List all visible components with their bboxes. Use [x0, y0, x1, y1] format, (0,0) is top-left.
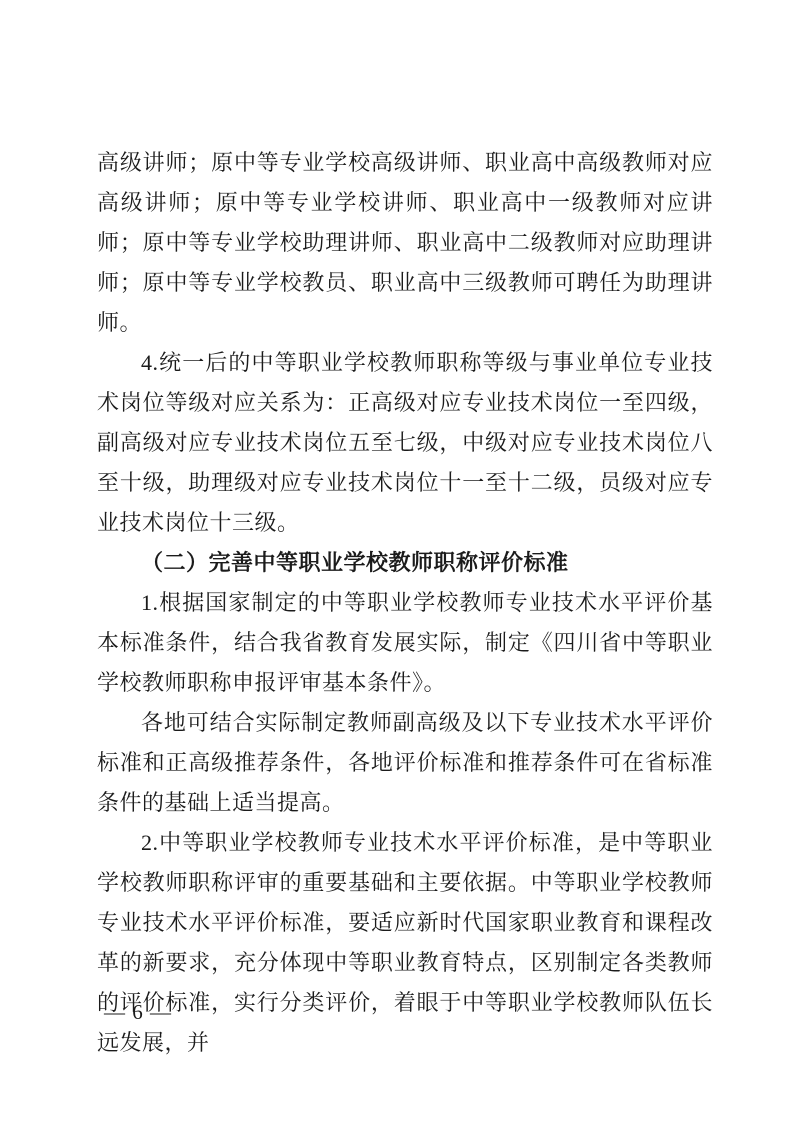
- paragraph-local-standards: 各地可结合实际制定教师副高级及以下专业技术水平评价标准和正高级推荐条件，各地评价…: [97, 703, 713, 823]
- paragraph-item-2: 2.中等职业学校教师专业技术水平评价标准，是中等职业学校教师职称评审的重要基础和…: [97, 823, 713, 1063]
- document-page: 高级讲师；原中等专业学校高级讲师、职业高中高级教师对应高级讲师；原中等专业学校讲…: [0, 0, 793, 1122]
- paragraph-item-1: 1.根据国家制定的中等职业学校教师专业技术水平评价基本标准条件，结合我省教育发展…: [97, 583, 713, 703]
- paragraph-item-4: 4.统一后的中等职业学校教师职称等级与事业单位专业技术岗位等级对应关系为：正高级…: [97, 343, 713, 543]
- document-body: 高级讲师；原中等专业学校高级讲师、职业高中高级教师对应高级讲师；原中等专业学校讲…: [97, 143, 713, 1063]
- page-number: — 6 —: [104, 1000, 172, 1024]
- section-heading: （二）完善中等职业学校教师职称评价标准: [97, 543, 713, 583]
- paragraph-continuation: 高级讲师；原中等专业学校高级讲师、职业高中高级教师对应高级讲师；原中等专业学校讲…: [97, 143, 713, 343]
